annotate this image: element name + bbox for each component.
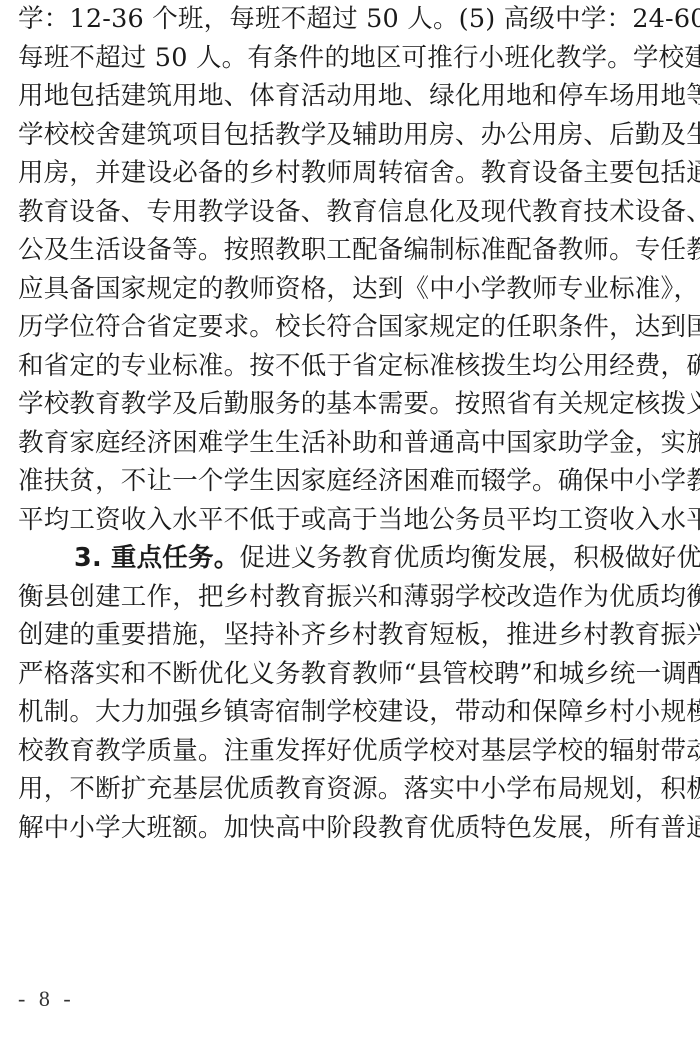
text-line: 和省定的专业标准。按不低于省定标准核拨生均公用经费，确保 xyxy=(18,347,684,386)
text-line: 准扶贫，不让一个学生因家庭经济困难而辍学。确保中小学教师 xyxy=(18,462,684,501)
text-line: 公及生活设备等。按照教职工配备编制标准配备教师。专任教师 xyxy=(18,231,684,270)
paragraph-key-tasks: 3. 重点任务。促进义务教育优质均衡发展，积极做好优质均 衡县创建工作，把乡村教… xyxy=(18,539,684,847)
paragraph-facility-standards: 学：12-36 个班，每班不超过 50 人。(5) 高级中学：24-60 个班，… xyxy=(18,0,684,539)
text-line: 教育家庭经济困难学生生活补助和普通高中国家助学金，实施精 xyxy=(18,424,684,463)
text-segment: 促进义务教育优质均衡发展，积极做好优质均 xyxy=(239,543,700,573)
text-line: 用房，并建设必备的乡村教师周转宿舍。教育设备主要包括通用 xyxy=(18,154,684,193)
text-line: 教育设备、专用教学设备、教育信息化及现代教育技术设备、办 xyxy=(18,193,684,232)
text-line: 用，不断扩充基层优质教育资源。落实中小学布局规划，积极化 xyxy=(18,770,684,809)
text-line: 解中小学大班额。加快高中阶段教育优质特色发展，所有普通高 xyxy=(18,809,684,848)
text-line: 每班不超过 50 人。有条件的地区可推行小班化教学。学校建设 xyxy=(18,39,684,78)
section-heading: 3. 重点任务。 xyxy=(74,543,239,573)
text-line: 机制。大力加强乡镇寄宿制学校建设，带动和保障乡村小规模学 xyxy=(18,693,684,732)
text-line: 历学位符合省定要求。校长符合国家规定的任职条件，达到国家 xyxy=(18,308,684,347)
document-page: 学：12-36 个班，每班不超过 50 人。(5) 高级中学：24-60 个班，… xyxy=(18,0,684,847)
text-line: 校教育教学质量。注重发挥好优质学校对基层学校的辐射带动作 xyxy=(18,732,684,771)
text-line: 学校教育教学及后勤服务的基本需要。按照省有关规定核拨义务 xyxy=(18,385,684,424)
text-line: 学校校舍建筑项目包括教学及辅助用房、办公用房、后勤及生活 xyxy=(18,116,684,155)
page-number: - 8 - xyxy=(18,986,75,1012)
text-line: 衡县创建工作，把乡村教育振兴和薄弱学校改造作为优质均衡县 xyxy=(18,578,684,617)
text-line-heading: 3. 重点任务。促进义务教育优质均衡发展，积极做好优质均 xyxy=(18,539,684,578)
text-line: 用地包括建筑用地、体育活动用地、绿化用地和停车场用地等。 xyxy=(18,77,684,116)
text-line: 严格落实和不断优化义务教育教师“县管校聘”和城乡统一调配 xyxy=(18,655,684,694)
text-line: 应具备国家规定的教师资格，达到《中小学教师专业标准》，学 xyxy=(18,270,684,309)
text-line: 创建的重要措施，坚持补齐乡村教育短板，推进乡村教育振兴。 xyxy=(18,616,684,655)
text-line: 学：12-36 个班，每班不超过 50 人。(5) 高级中学：24-60 个班， xyxy=(18,0,684,39)
text-line: 平均工资收入水平不低于或高于当地公务员平均工资收入水平。 xyxy=(18,501,684,540)
